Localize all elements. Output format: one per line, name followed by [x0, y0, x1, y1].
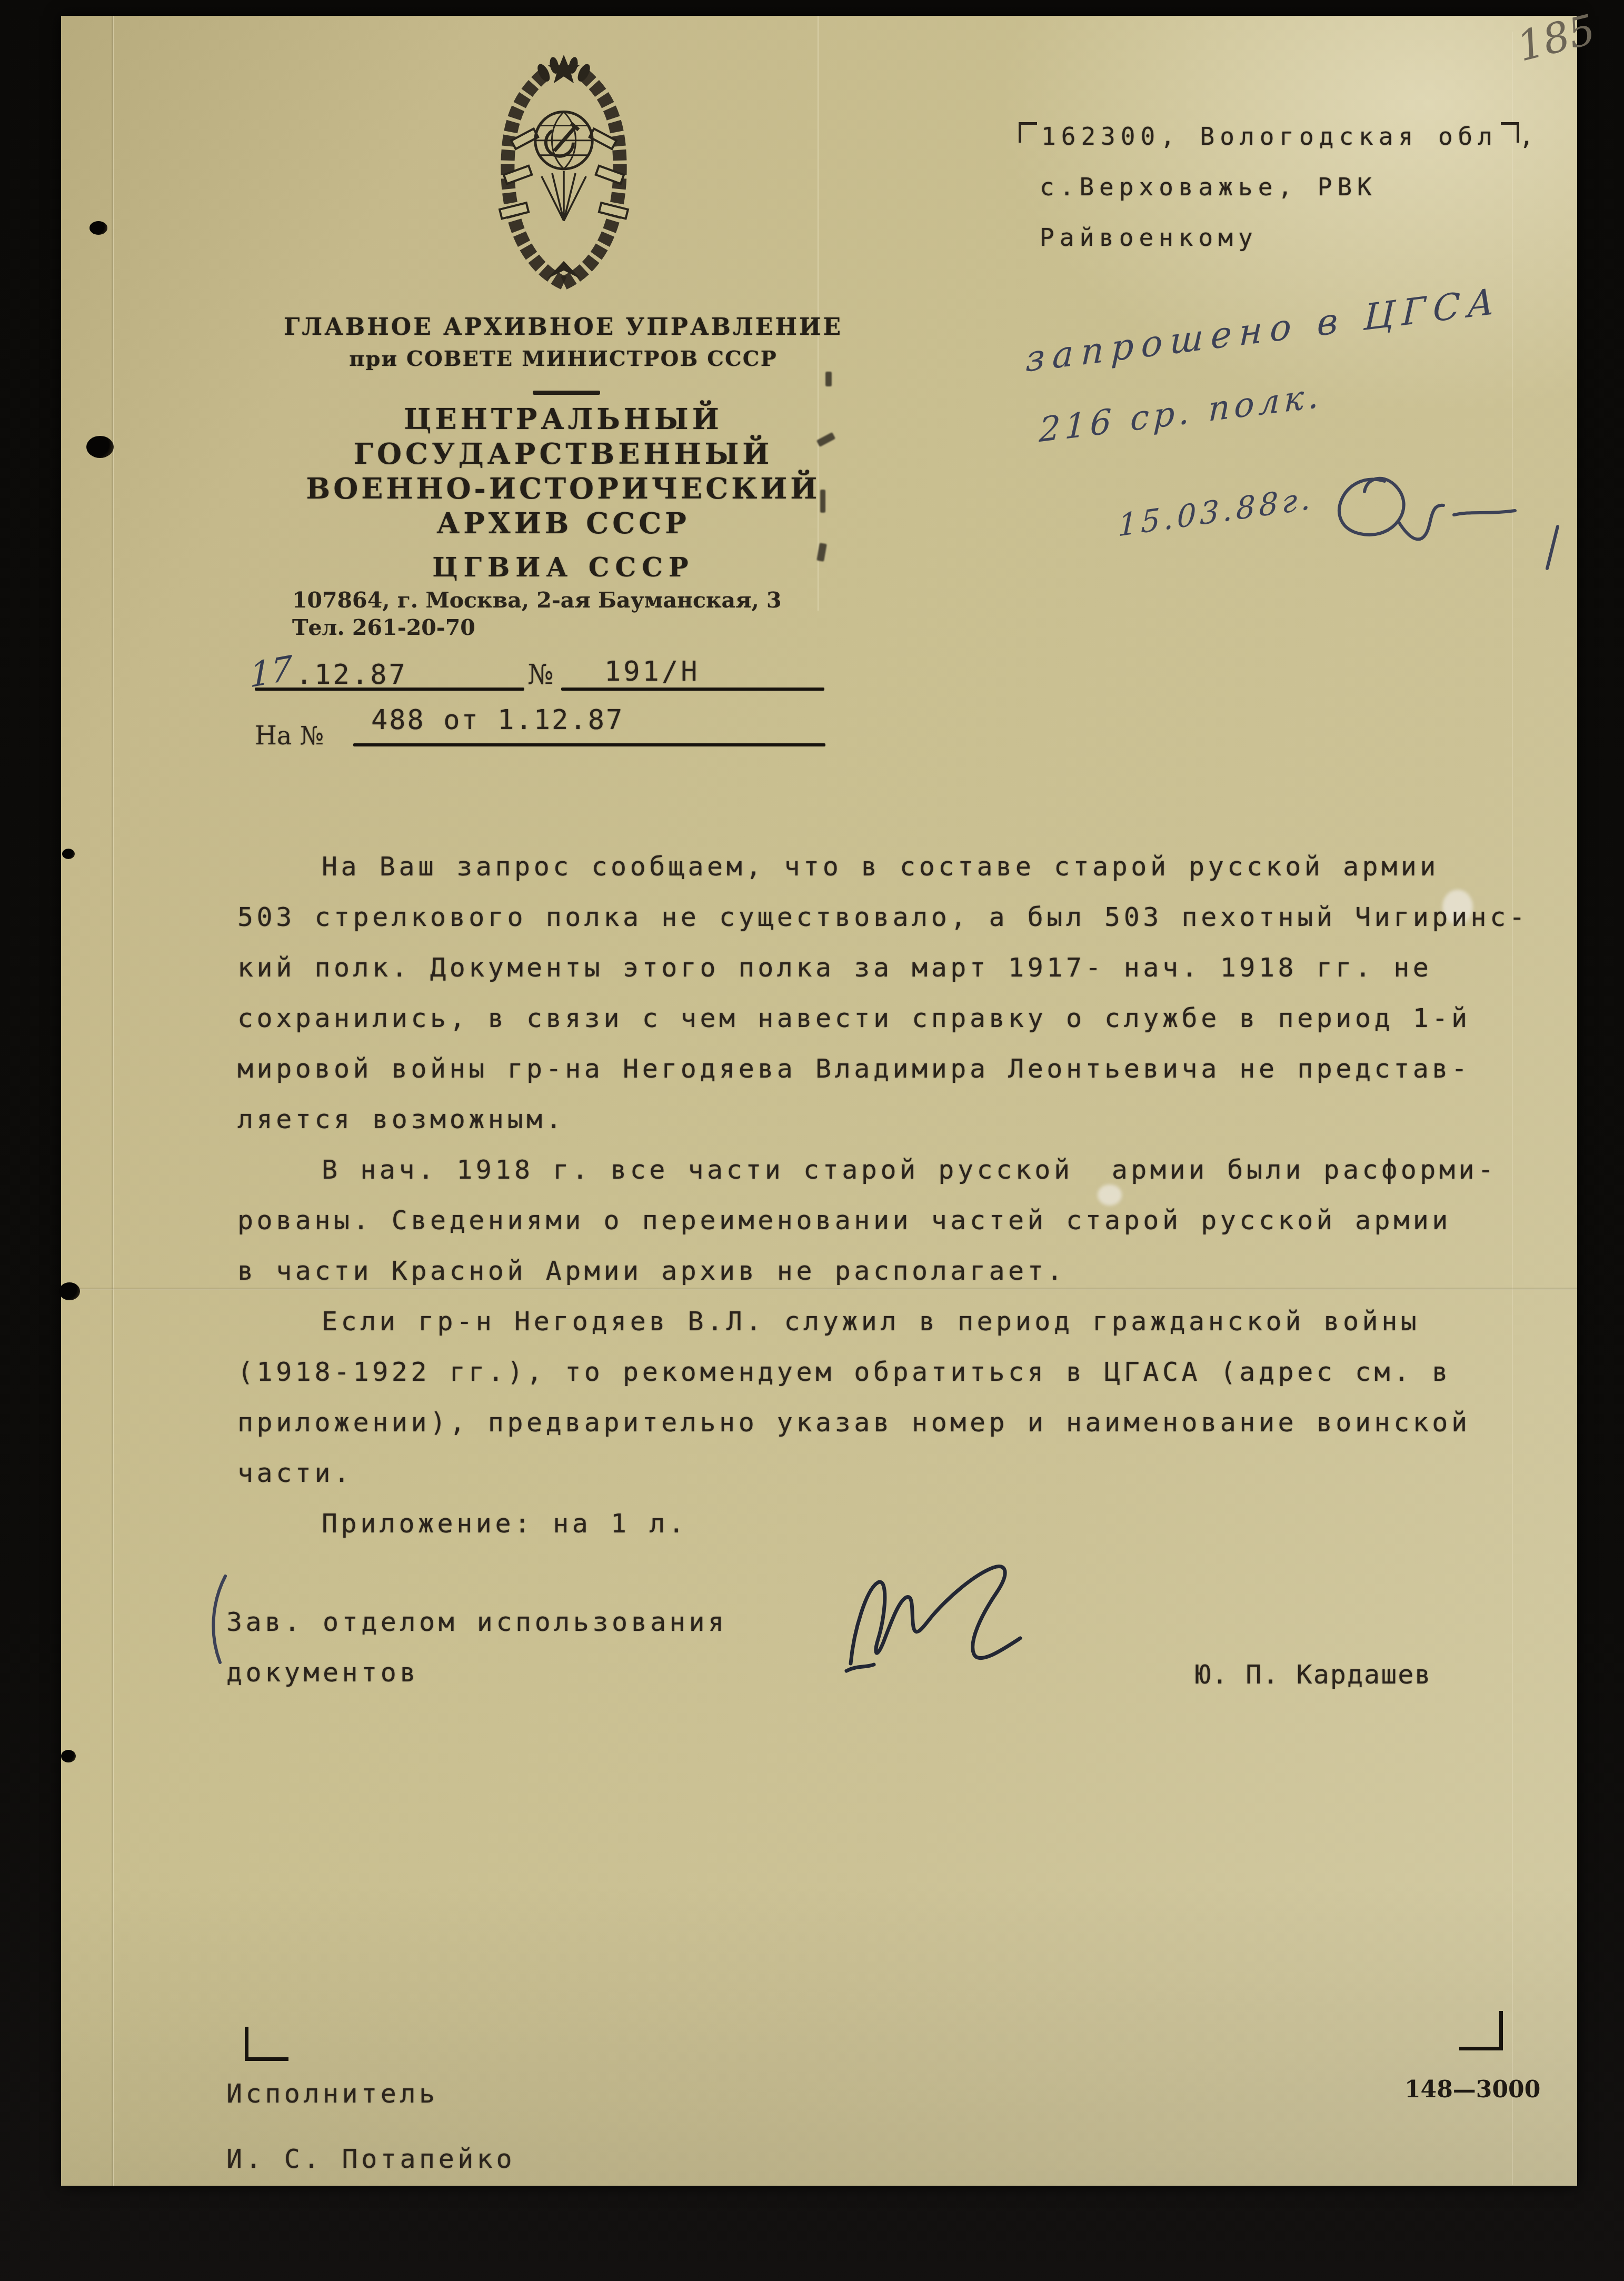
outgoing-date-typed: .12.87 [296, 659, 407, 691]
note-signature [1306, 454, 1558, 564]
body-line: (1918-1922 гг.), то рекомендуем обратить… [237, 1347, 1575, 1397]
recipient-line1: 162300, Вологодская обл, [1019, 122, 1539, 151]
body-line: в части Красной Армии архив не располага… [237, 1246, 1575, 1296]
punch-hole [62, 849, 75, 859]
body-text: На Ваш запрос сообщаем, что в составе ст… [237, 841, 1575, 1549]
recipient-line1-comma: , [1519, 122, 1539, 151]
date-underline [255, 688, 524, 691]
punch-hole [86, 436, 114, 458]
body-line: приложении), предварительно указав номер… [237, 1397, 1575, 1448]
letterhead-phone: Тел. 261-20-70 [292, 615, 475, 640]
executor-name: И. С. Потапейко [226, 2144, 515, 2174]
body-line: В нач. 1918 г. все части старой русской … [237, 1144, 1575, 1195]
body-line: мировой войны гр-на Негодяева Владимира … [237, 1043, 1575, 1094]
number-sign-label: № [527, 659, 553, 691]
letterhead-org-line3: ВОЕННО-ИСТОРИЧЕСКИЙ [221, 472, 905, 505]
signoff-title-line2: документов [226, 1657, 419, 1688]
signoff-title-line1: Зав. отделом использования [226, 1607, 728, 1637]
letterhead-org-line4: АРХИВ СССР [221, 506, 905, 540]
print-code: 148—3000 [1404, 2076, 1540, 2103]
body-line: сохранились, в связи с чем навести справ… [237, 993, 1575, 1043]
corner-mark-bottom-right [1459, 2011, 1503, 2050]
corner-mark-bottom-left [245, 2027, 288, 2061]
fold-line-left-highlight [113, 16, 114, 2186]
punch-hole [59, 1282, 80, 1300]
recipient-line1-text: 162300, Вологодская обл [1041, 122, 1498, 151]
director-signature [836, 1551, 1062, 1693]
number-underline [561, 688, 824, 691]
punch-hole [89, 221, 107, 235]
address-corner-left [1019, 122, 1037, 143]
ink-smudge [825, 372, 832, 386]
body-line: кий полк. Документы этого полка за март … [237, 942, 1575, 993]
body-line: рованы. Сведениями о переименовании част… [237, 1195, 1575, 1246]
reply-reference-label: На № [255, 721, 324, 751]
recipient-line3: Райвоенкому [1040, 223, 1258, 252]
ussr-emblem-icon [483, 52, 644, 295]
letterhead-divider [533, 391, 600, 395]
letterhead-org-line1: ЦЕНТРАЛЬНЫЙ [221, 402, 905, 436]
signer-name: Ю. П. Кардашев [1195, 1659, 1431, 1690]
scanned-document: 185 [0, 0, 1624, 2281]
address-corner-right [1501, 122, 1519, 143]
body-line: Приложение: на 1 л. [237, 1498, 1575, 1549]
punch-hole [61, 1750, 76, 1762]
letterhead-address: 107864, г. Москва, 2-ая Бауманская, 3 [292, 587, 782, 613]
reply-underline [353, 743, 825, 746]
outgoing-number-value: 191/Н [604, 656, 700, 688]
body-line: 503 стрелкового полка не существовало, а… [237, 892, 1575, 942]
body-line: На Ваш запрос сообщаем, что в составе ст… [237, 841, 1575, 892]
letterhead-authority-line2: при СОВЕТЕ МИНИСТРОВ СССР [221, 346, 905, 371]
letterhead-org-line2: ГОСУДАРСТВЕННЫЙ [221, 437, 905, 471]
letterhead-authority-line1: ГЛАВНОЕ АРХИВНОЕ УПРАВЛЕНИЕ [221, 314, 905, 341]
recipient-line2: с.Верховажье, РВК [1040, 173, 1377, 201]
body-line: части. [237, 1448, 1575, 1498]
body-line: ляется возможным. [237, 1094, 1575, 1144]
body-line: Если гр-н Негодяев В.Л. служил в период … [237, 1296, 1575, 1347]
letterhead-org-abbr: ЦГВИА СССР [221, 552, 905, 583]
executor-label: Исполнитель [226, 2078, 439, 2109]
reply-reference-value: 488 от 1.12.87 [371, 704, 624, 736]
